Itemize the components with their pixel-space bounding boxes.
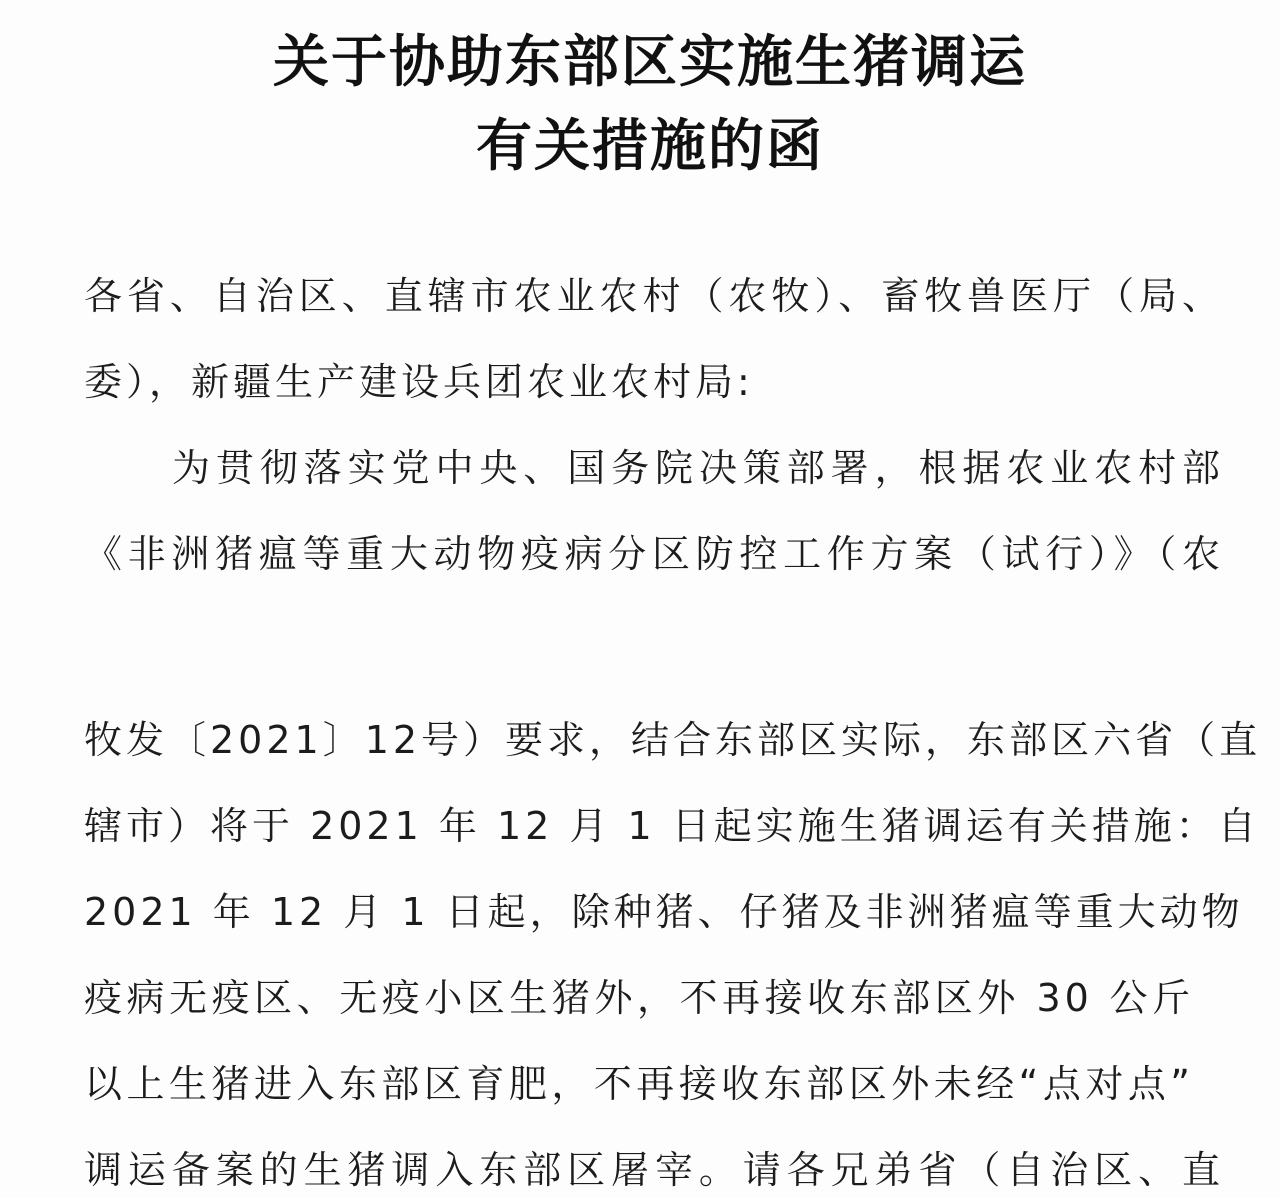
- addressee-line-1: 各省、自治区、直辖市农业农村（农牧）、畜牧兽医厅（局、: [84, 272, 1224, 320]
- body-line-5: 2021 年 12 月 1 日起，除种猪、仔猪及非洲猪瘟等重大动物: [84, 888, 1204, 936]
- body-line-1: 为贯彻落实党中央、国务院决策部署，根据农业农村部: [172, 444, 1224, 492]
- document-page: 关于协助东部区实施生猪调运 有关措施的函 各省、自治区、直辖市农业农村（农牧）、…: [0, 0, 1280, 1198]
- addressee-line-2: 委），新疆生产建设兵团农业农村局:: [84, 358, 1224, 406]
- body-line-6: 疫病无疫区、无疫小区生猪外，不再接收东部区外 30 公斤: [84, 974, 1194, 1022]
- body-line-2: 《非洲猪瘟等重大动物疫病分区防控工作方案（试行）》（农: [84, 530, 1224, 578]
- body-line-7: 以上生猪进入东部区育肥，不再接收东部区外未经“点对点”: [84, 1060, 1194, 1108]
- body-line-4: 辖市）将于 2021 年 12 月 1 日起实施生猪调运有关措施：自: [84, 802, 1224, 850]
- document-title-line-2: 有关措施的函: [0, 102, 1280, 182]
- body-line-8: 调运备案的生猪调入东部区屠宰。请各兄弟省（自治区、直: [84, 1146, 1224, 1194]
- body-line-3: 牧发〔2021〕12号）要求，结合东部区实际，东部区六省（直: [84, 716, 1224, 764]
- document-title-line-1: 关于协助东部区实施生猪调运: [0, 18, 1280, 98]
